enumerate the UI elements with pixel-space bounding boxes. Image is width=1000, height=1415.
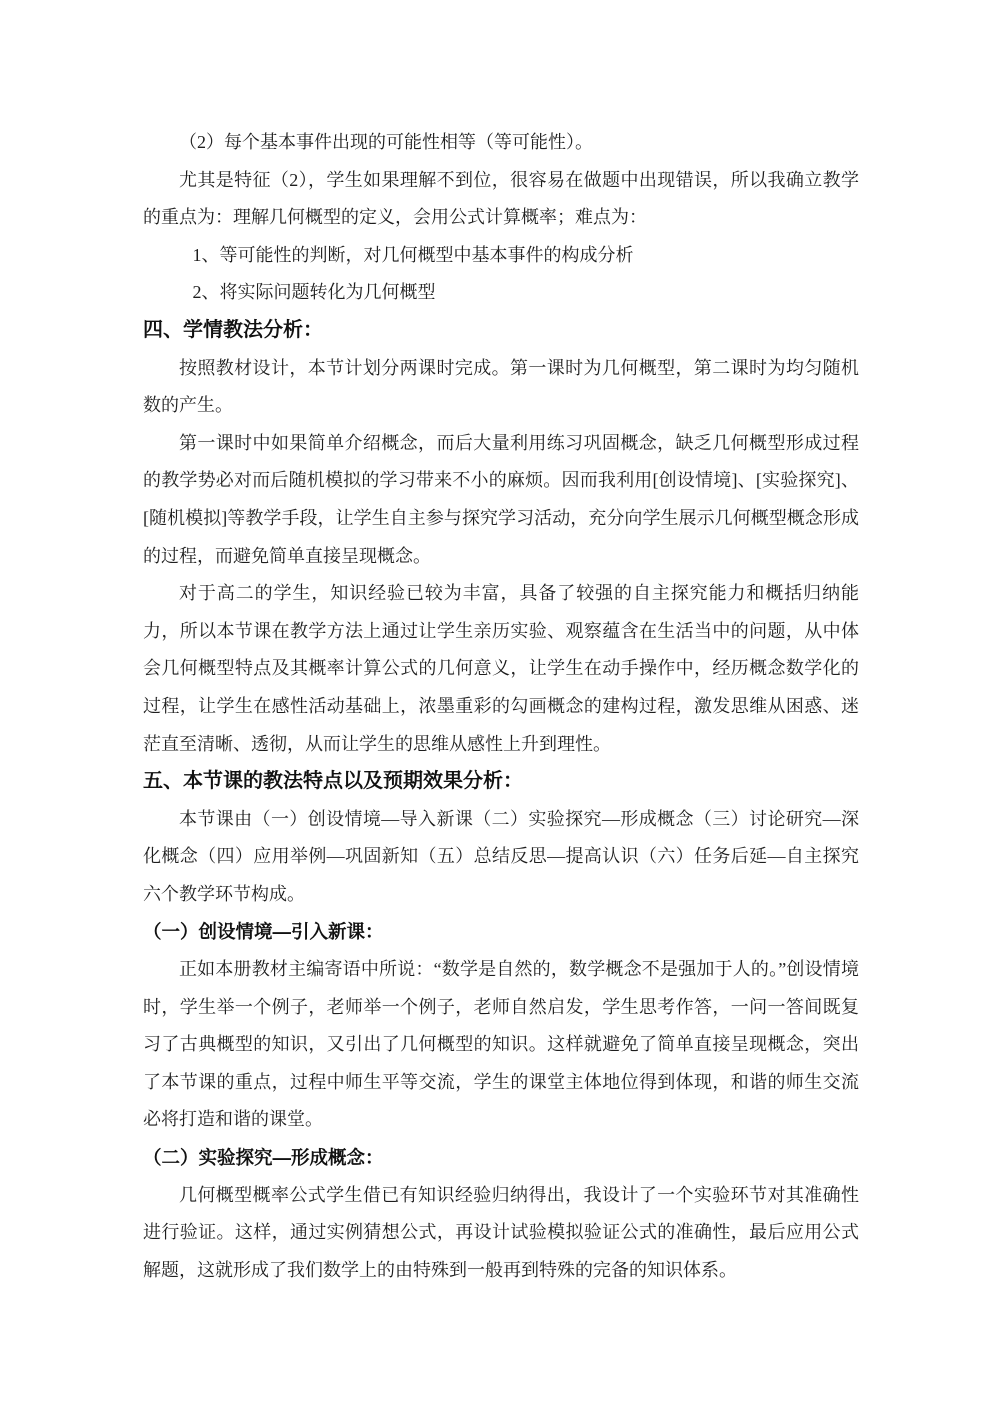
paragraph-experiment-concept: 几何概型概率公式学生借已有知识经验归纳得出，我设计了一个实验环节对其准确性进行验… [143, 1177, 859, 1290]
paragraph-feature-2: （2）每个基本事件出现的可能性相等（等可能性）。 [143, 124, 859, 162]
paragraph-six-stages: 本节课由（一）创设情境—导入新课（二）实验探究—形成概念（三）讨论研究—深化概念… [143, 801, 859, 914]
paragraph-teaching-focus: 尤其是特征（2），学生如果理解不到位，很容易在做题中出现错误，所以我确立教学的重… [143, 162, 859, 237]
subsection-heading-1: （一）创设情境—引入新课： [143, 913, 859, 951]
paragraph-first-lesson: 第一课时中如果简单介绍概念，而后大量利用练习巩固概念，缺乏几何概型形成过程的教学… [143, 425, 859, 575]
list-item-2: 2、将实际问题转化为几何概型 [143, 274, 859, 312]
paragraph-situation-creation: 正如本册教材主编寄语中所说：“数学是自然的，数学概念不是强加于人的。”创设情境时… [143, 951, 859, 1139]
paragraph-lesson-plan: 按照教材设计，本节计划分两课时完成。第一课时为几何概型，第二课时为均匀随机数的产… [143, 350, 859, 425]
document-body: （2）每个基本事件出现的可能性相等（等可能性）。 尤其是特征（2），学生如果理解… [143, 124, 859, 1289]
section-heading-4: 四、学情教法分析： [143, 312, 859, 350]
section-heading-5: 五、本节课的教法特点以及预期效果分析： [143, 763, 859, 801]
list-item-1: 1、等可能性的判断，对几何概型中基本事件的构成分析 [143, 237, 859, 275]
subsection-heading-2: （二）实验探究—形成概念： [143, 1139, 859, 1177]
document-page: （2）每个基本事件出现的可能性相等（等可能性）。 尤其是特征（2），学生如果理解… [0, 0, 1000, 1415]
paragraph-student-analysis: 对于高二的学生，知识经验已较为丰富，具备了较强的自主探究能力和概括归纳能力，所以… [143, 575, 859, 763]
